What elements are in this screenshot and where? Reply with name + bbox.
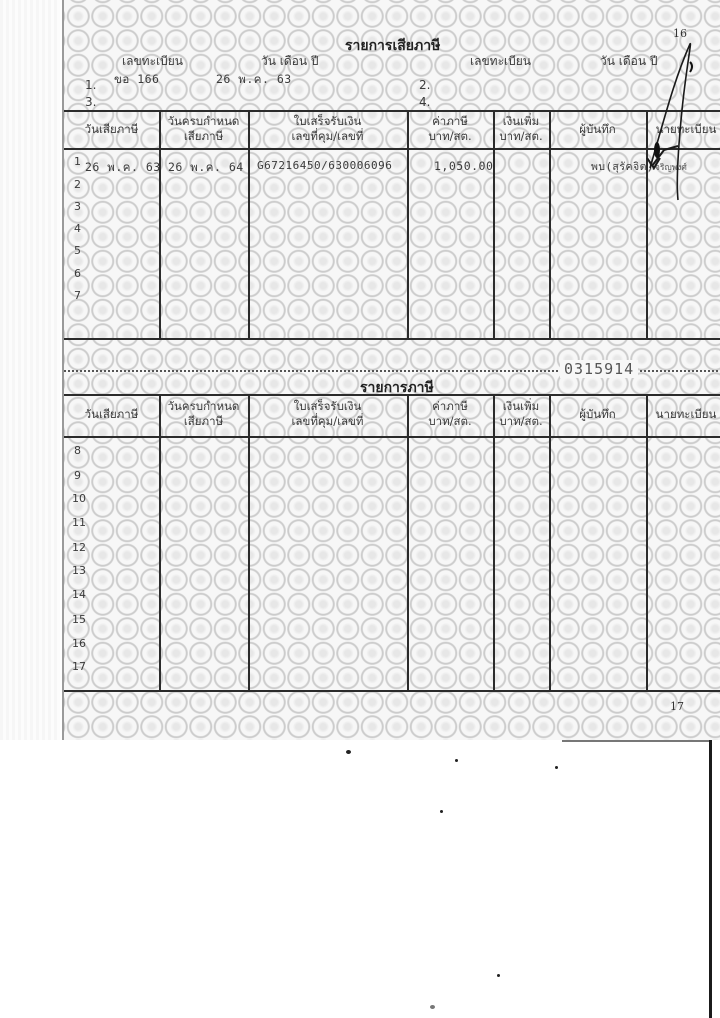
- vehicle-tax-record-page: 16 รายการเสียภาษี เลขทะเบียน วัน เดือน ป…: [62, 0, 720, 740]
- underlying-page-edge-right: [709, 740, 712, 1018]
- scan-left-margin: [0, 0, 60, 740]
- scan-speck: [497, 974, 500, 977]
- scan-speck: [455, 759, 458, 762]
- scan-speck: [440, 810, 443, 813]
- signature-scribble-icon: [64, 0, 720, 740]
- scan-speck: [430, 1005, 435, 1009]
- underlying-page-edge-top: [562, 740, 712, 742]
- scan-speck: [346, 750, 351, 754]
- scan-speck: [555, 766, 558, 769]
